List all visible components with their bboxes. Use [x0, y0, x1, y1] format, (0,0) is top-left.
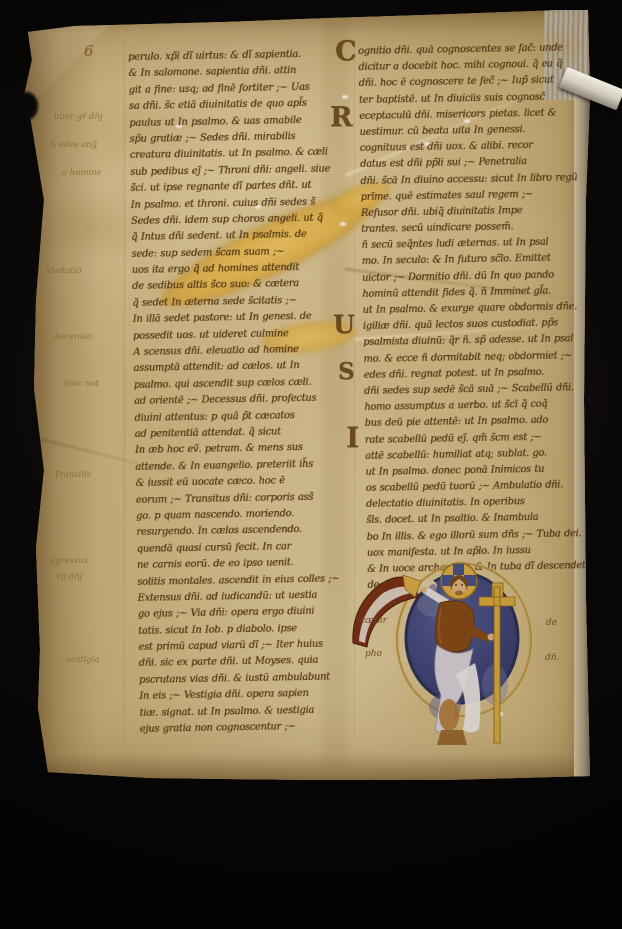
eye [461, 584, 463, 586]
margin-note: binc not [64, 379, 99, 389]
manuscript-photograph: 6 perulo. xp̃i dĩ uirtus: & dĩ sapientia… [0, 0, 622, 929]
miniature-caption-right-top: de [546, 618, 557, 628]
margin-note: egressus [50, 556, 88, 566]
miniature-caption-left-top: cœp̃ir [360, 616, 387, 626]
margin-note: vestigia [66, 655, 100, 665]
margin-note: Ascensio [54, 332, 92, 342]
tunic-lower [439, 699, 459, 731]
margin-note: uber gr̃ dñj [54, 112, 102, 122]
edge-notch-hole [16, 92, 38, 120]
margin-note: Visitatio [46, 266, 82, 276]
eye [455, 584, 457, 586]
raised-hand [421, 587, 427, 593]
christ-mantle [436, 601, 475, 652]
staff-hand [488, 634, 495, 641]
manuscript-page: 6 perulo. xp̃i dĩ uirtus: & dĩ sapientia… [24, 8, 596, 786]
margin-note: vij dñj [56, 572, 82, 582]
feet-ground [437, 730, 467, 745]
miniature-caption-left-bottom: pho [365, 649, 382, 659]
margin-note: Transilis [54, 470, 91, 480]
christ-beard [455, 591, 463, 596]
miniature-caption-right-bottom: dñ. [545, 653, 559, 663]
margin-note: a homine [62, 168, 102, 178]
margin-note: S edes ang̃ [50, 140, 97, 150]
